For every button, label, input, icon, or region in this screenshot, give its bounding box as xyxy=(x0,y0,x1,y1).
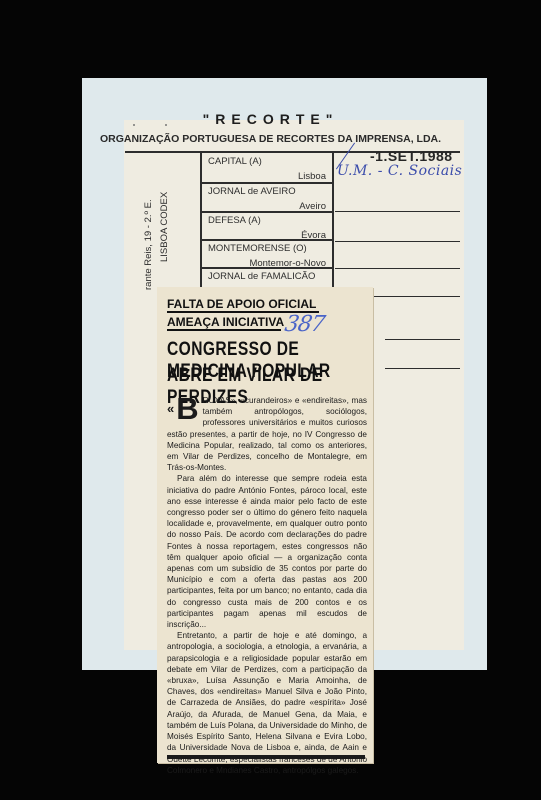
organization-name: ORGANIZAÇÃO PORTUGUESA DE RECORTES DA IM… xyxy=(0,133,541,145)
publication-city: Aveiro xyxy=(299,201,326,212)
publication-city: Lisboa xyxy=(298,171,326,182)
kicker-primary: FALTA DE APOIO OFICIAL xyxy=(167,297,316,311)
article-paragraph: «BRUXAS», «curandeiros» e «endireitas», … xyxy=(167,395,367,473)
address-line: LISBOA CODEX xyxy=(159,192,170,262)
table-left-rule xyxy=(200,151,202,291)
publication-name: JORNAL de AVEIRO xyxy=(208,186,296,197)
note-line xyxy=(335,241,460,242)
publication-name: JORNAL de FAMALICÃO xyxy=(208,271,315,282)
newspaper-clipping: FALTA DE APOIO OFICIAL AMEAÇA INICIATIVA… xyxy=(157,287,373,763)
row-divider xyxy=(200,182,333,184)
note-line xyxy=(385,368,460,369)
article-paragraph: Para além do interesse que sempre rodeia… xyxy=(167,473,367,630)
kicker-underline xyxy=(167,329,281,331)
article-body: «BRUXAS», «curandeiros» e «endireitas», … xyxy=(167,395,367,776)
address-block: rante Reis, 19 - 2.º E. LISBOA CODEX xyxy=(143,150,173,290)
kicker-secondary: AMEAÇA INICIATIVA xyxy=(167,315,284,329)
publication-city: Évora xyxy=(301,230,326,241)
address-line: rante Reis, 19 - 2.º E. xyxy=(143,199,154,290)
publication-city: Montemor-o-Novo xyxy=(249,258,326,269)
note-line xyxy=(335,268,460,269)
publication-name: MONTEMORENSE (O) xyxy=(208,243,307,254)
note-line xyxy=(335,211,460,212)
brand-title: "RECORTE" xyxy=(0,111,541,127)
table-right-rule xyxy=(332,151,334,291)
handwritten-number: 387 xyxy=(283,312,326,337)
bottom-rule xyxy=(167,755,365,759)
drop-cap: «B xyxy=(167,396,199,422)
publication-name: CAPITAL (A) xyxy=(208,156,262,167)
publication-name: DEFESA (A) xyxy=(208,215,261,226)
date-stamp: -1.SET.1988 xyxy=(370,148,453,164)
handwritten-note: U.M. - C. Sociais xyxy=(337,163,462,179)
note-line xyxy=(385,339,460,340)
